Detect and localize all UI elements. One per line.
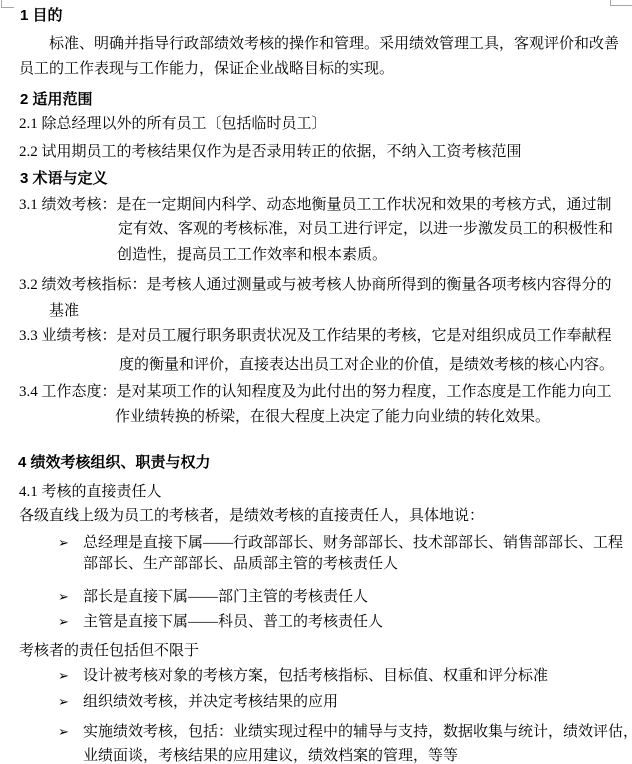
arrow-bullet-icon: ➢ xyxy=(58,614,83,630)
term-3-2-line-1: 3.2 绩效考核指标：是考核人通过测量或与被考核人协商所得到的衡量各项考核内容得… xyxy=(19,277,612,293)
arrow-bullet-icon: ➢ xyxy=(58,589,83,605)
bullet-item: ➢组织绩效考核，并决定考核结果的应用 xyxy=(58,694,338,710)
heading-purpose: 1 目的 xyxy=(20,8,63,24)
bullet-text: 组织绩效考核，并决定考核结果的应用 xyxy=(83,694,338,710)
margin-corner-mark-right xyxy=(610,0,632,6)
bullet-text: 总经理是直接下属——行政部部长、财务部部长、技术部部长、销售部部长、工程 xyxy=(83,535,623,551)
heading-terms: 3 术语与定义 xyxy=(20,171,108,187)
bullet-item: ➢主管是直接下属——科员、普工的考核责任人 xyxy=(58,614,383,630)
bullet-item: ➢部长是直接下属——部门主管的考核责任人 xyxy=(58,589,368,605)
bullet-text: 部长是直接下属——部门主管的考核责任人 xyxy=(83,589,368,605)
purpose-line-1: 标准、明确并指导行政部绩效考核的操作和管理。采用绩效管理工具，客观评价和改善 xyxy=(49,36,619,52)
arrow-bullet-icon: ➢ xyxy=(58,535,83,551)
arrow-bullet-icon: ➢ xyxy=(58,668,83,684)
org-intro-line: 各级直线上级为员工的考核者，是绩效考核的直接责任人，具体地说： xyxy=(19,508,484,524)
org-line-4-1: 4.1 考核的直接责任人 xyxy=(19,484,162,500)
term-3-4-line-1: 3.4 工作态度：是对某项工作的认知程度及为此付出的努力程度，工作态度是工作能力… xyxy=(19,384,612,400)
document-page[interactable]: 1 目的 标准、明确并指导行政部绩效考核的操作和管理。采用绩效管理工具，客观评价… xyxy=(0,0,632,764)
term-3-1-line-1: 3.1 绩效考核：是在一定期间内科学、动态地衡量员工工作状况和效果的考核方式，通… xyxy=(19,197,612,213)
org-responsibility-intro: 考核者的责任包括但不限于 xyxy=(19,643,199,659)
heading-organization: 4 绩效考核组织、职责与权力 xyxy=(18,455,211,471)
term-3-3-line-2: 度的衡量和评价，直接表达出员工对企业的价值，是绩效考核的核心内容。 xyxy=(119,357,614,373)
term-3-4-line-2: 作业绩转换的桥梁，在很大程度上决定了能力向业绩的转化效果。 xyxy=(115,409,550,425)
bullet-text: 实施绩效考核，包括：业绩实现过程中的辅导与支持，数据收集与统计，绩效评估， xyxy=(83,724,632,740)
scope-line-2-2: 2.2 试用期员工的考核结果仅作为是否录用转正的依据，不纳入工资考核范围 xyxy=(19,144,522,160)
term-3-1-line-2: 定有效、客观的考核标准，对员工进行评定，以进一步激发员工的积极性和 xyxy=(118,221,613,237)
term-3-1-line-3: 创造性，提高员工工作效率和根本素质。 xyxy=(117,247,387,263)
term-3-2-line-2: 基准 xyxy=(49,303,79,319)
bullet-item: ➢总经理是直接下属——行政部部长、财务部部长、技术部部长、销售部部长、工程 xyxy=(58,535,623,551)
bullet-text-wrap: 业绩面谈，考核结果的应用建议，绩效档案的管理，等等 xyxy=(83,748,458,764)
bullet-item: ➢设计被考核对象的考核方案，包括考核指标、目标值、权重和评分标准 xyxy=(58,668,548,684)
bullet-text: 主管是直接下属——科员、普工的考核责任人 xyxy=(83,614,383,630)
term-3-3-line-1: 3.3 业绩考核：是对员工履行职务职责状况及工作结果的考核，它是对组织成员工作奉… xyxy=(19,328,612,344)
purpose-line-2: 员工的工作表现与工作能力，保证企业战略目标的实现。 xyxy=(19,61,394,77)
arrow-bullet-icon: ➢ xyxy=(58,724,83,740)
heading-scope: 2 适用范围 xyxy=(20,92,93,108)
bullet-item: ➢实施绩效考核，包括：业绩实现过程中的辅导与支持，数据收集与统计，绩效评估， xyxy=(58,724,632,740)
scope-line-2-1: 2.1 除总经理以外的所有员工〔包括临时员工〕 xyxy=(19,116,327,132)
arrow-bullet-icon: ➢ xyxy=(58,694,83,710)
margin-corner-mark-left xyxy=(1,0,14,8)
bullet-text: 设计被考核对象的考核方案，包括考核指标、目标值、权重和评分标准 xyxy=(83,668,548,684)
bullet-text-wrap: 部部长、生产部部长、品质部主管的考核责任人 xyxy=(83,556,398,572)
